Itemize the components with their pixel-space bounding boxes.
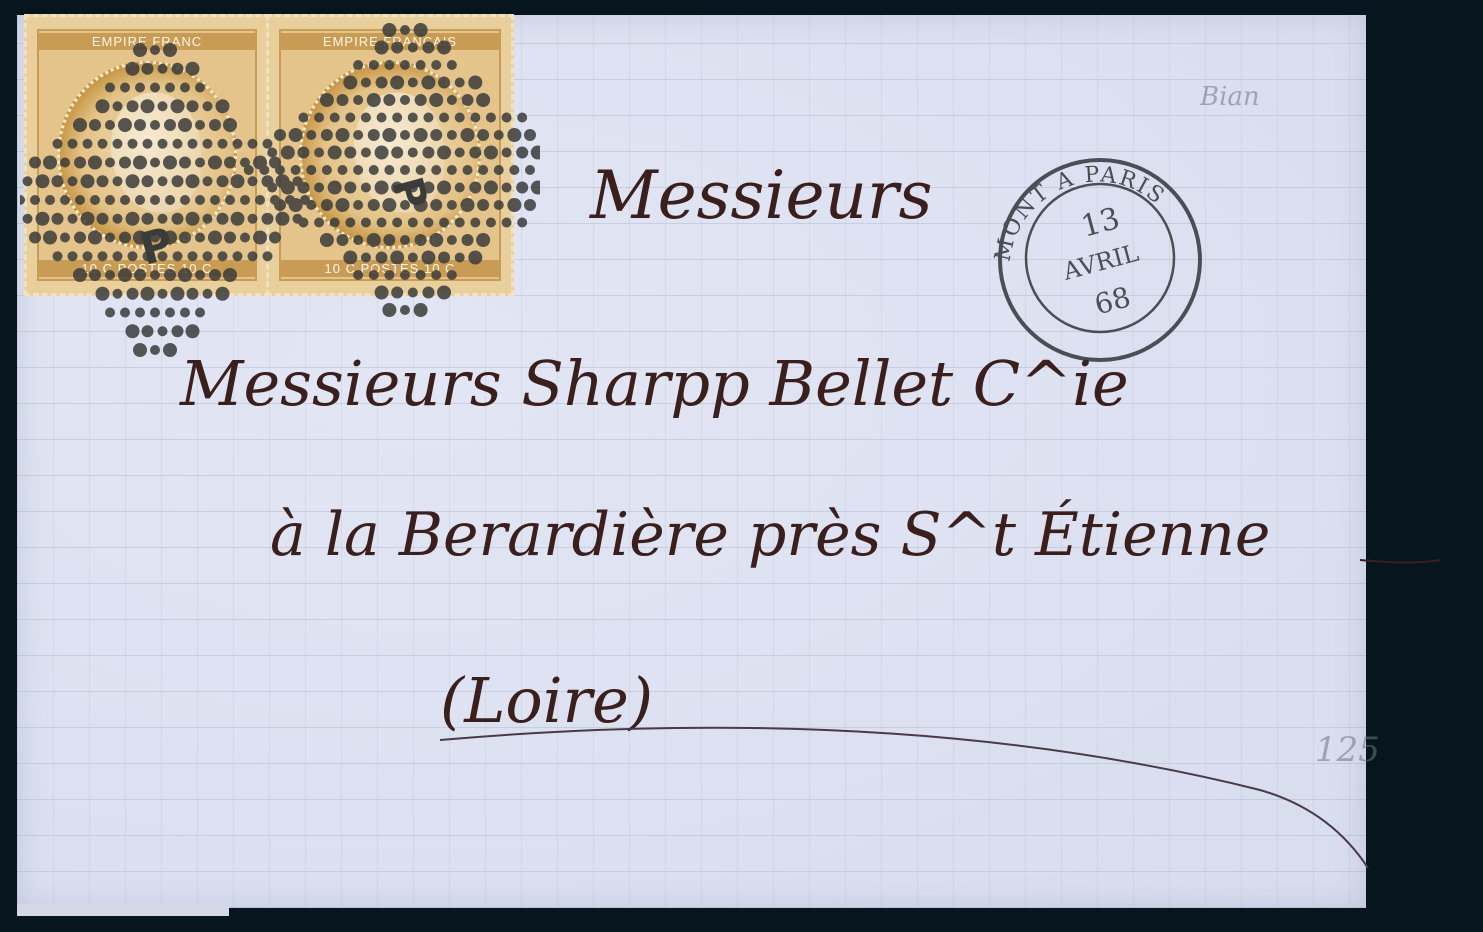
stamp-top-text: EMPIRE FRANC	[39, 33, 255, 50]
svg-text:68: 68	[1091, 280, 1134, 321]
cover-flap	[17, 904, 229, 916]
stamp-frame: EMPIRE FRANC 10 C POSTES 10 C	[37, 29, 257, 281]
pencil-note-top: Bian	[1200, 82, 1260, 112]
stamp-bottom-text: 10 C POSTES 10 C	[39, 260, 255, 277]
pencil-note-bottom: 125	[1315, 730, 1380, 770]
svg-text:AVRIL: AVRIL	[1059, 239, 1142, 286]
napoleon-portrait-icon	[57, 61, 237, 249]
stamp-frame: EMPIRE FRANCAIS 10 C POSTES 10 C	[279, 29, 501, 281]
stamp-right: EMPIRE FRANCAIS 10 C POSTES 10 C	[266, 14, 514, 296]
napoleon-portrait-icon	[299, 61, 481, 249]
stamp-left: EMPIRE FRANC 10 C POSTES 10 C	[24, 14, 270, 296]
circular-date-postmark: MONT A PARIS 13 AVRIL 68	[985, 150, 1215, 370]
stamp-top-text: EMPIRE FRANCAIS	[281, 33, 499, 50]
stamp-bottom-text: 10 C POSTES 10 C	[281, 260, 499, 277]
svg-text:13: 13	[1078, 201, 1124, 245]
